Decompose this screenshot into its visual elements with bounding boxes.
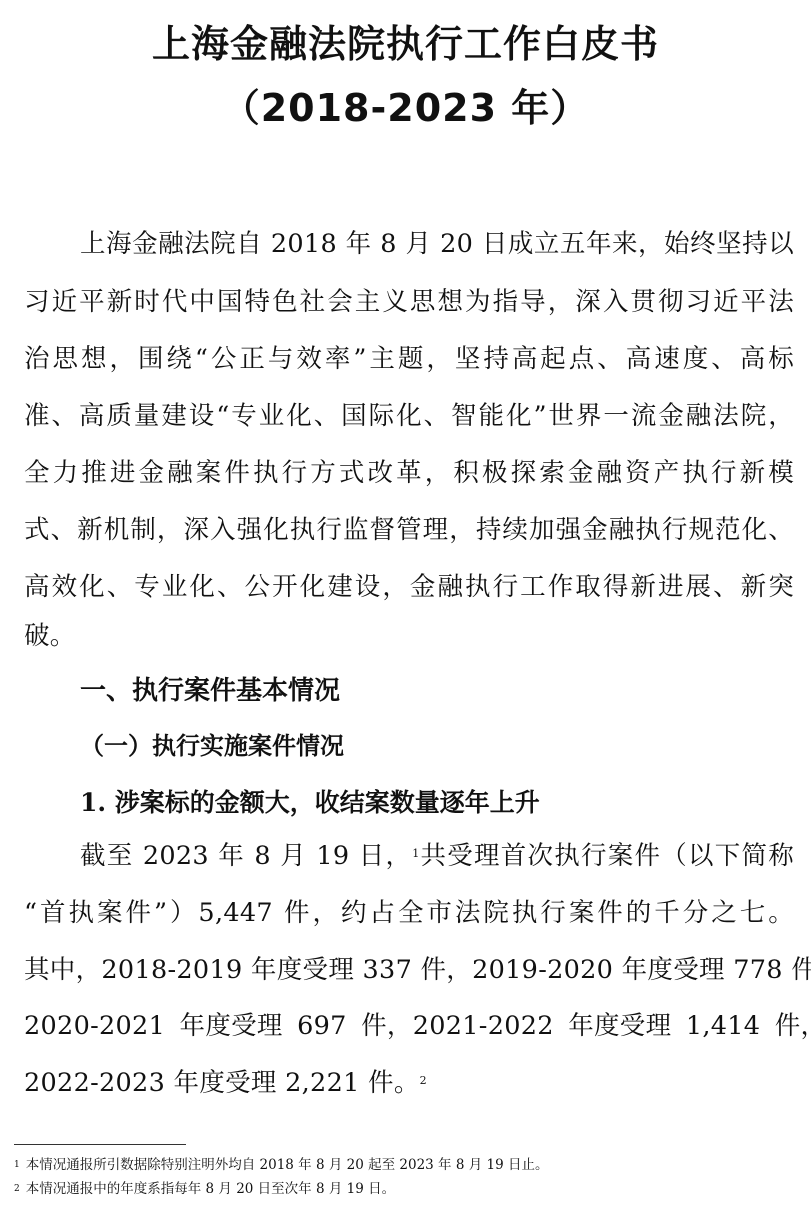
intro-line-1: 上海金融法院自 2018 年 8 月 20 日成立五年来，始终坚持以 [80,228,794,260]
intro-line-5: 全力推进金融案件执行方式改革，积极探索金融资产执行新模 [24,457,794,489]
footnote-divider [14,1144,186,1145]
intro-line-3: 治思想，围绕“公正与效率”主题，坚持高起点、高速度、高标 [24,343,794,375]
footnote-1: 1本情况通报所引数据除特别注明外均自 2018 年 8 月 20 起至 2023… [14,1156,548,1174]
item-body-line-5-text: 2022-2023 年度受理 2,221 件。 [24,1068,420,1098]
footnote-1-text: 本情况通报所引数据除特别注明外均自 2018 年 8 月 20 起至 2023 … [26,1157,549,1173]
section-heading: 一、执行案件基本情况 [80,675,340,707]
subsection-heading: （一）执行实施案件情况 [80,730,344,762]
item-body-line-5: 2022-2023 年度受理 2,221 件。2 [24,1067,794,1099]
footnote-2: 2本情况通报中的年度系指每年 8 月 20 日至次年 8 月 19 日。 [14,1180,395,1198]
footnote-ref-1[interactable]: 1 [412,847,419,860]
document-subtitle: （2018-2023 年） [0,86,811,130]
item-body-line-1-end: 共受理首次执行案件（以下简称 [420,841,794,871]
item-body-line-1: 截至 2023 年 8 月 19 日，1共受理首次执行案件（以下简称 [80,840,794,872]
footnote-2-number: 2 [14,1184,20,1194]
footnote-2-text: 本情况通报中的年度系指每年 8 月 20 日至次年 8 月 19 日。 [26,1181,395,1197]
intro-line-2: 习近平新时代中国特色社会主义思想为指导，深入贯彻习近平法 [24,286,794,318]
intro-line-7: 高效化、专业化、公开化建设，金融执行工作取得新进展、新突 [24,571,794,603]
item-body-line-3: 其中，2018-2019 年度受理 337 件，2019-2020 年度受理 7… [24,954,794,986]
intro-line-8: 破。 [24,620,794,652]
footnote-1-number: 1 [14,1160,20,1170]
item-body-line-2: “首执案件”）5,447 件，约占全市法院执行案件的千分之七。 [24,897,794,929]
intro-line-6: 式、新机制，深入强化执行监督管理，持续加强金融执行规范化、 [24,514,794,546]
item-body-line-1-start: 截至 2023 年 8 月 19 日， [80,841,412,871]
item-body-line-4: 2020-2021 年度受理 697 件，2021-2022 年度受理 1,41… [24,1010,784,1042]
document-page: 上海金融法院执行工作白皮书 （2018-2023 年） 上海金融法院自 2018… [0,0,811,1213]
footnote-ref-2[interactable]: 2 [420,1074,427,1087]
document-title: 上海金融法院执行工作白皮书 [0,22,811,66]
item-heading: 1. 涉案标的金额大，收结案数量逐年上升 [80,787,540,819]
intro-line-4: 准、高质量建设“专业化、国际化、智能化”世界一流金融法院， [24,400,794,432]
